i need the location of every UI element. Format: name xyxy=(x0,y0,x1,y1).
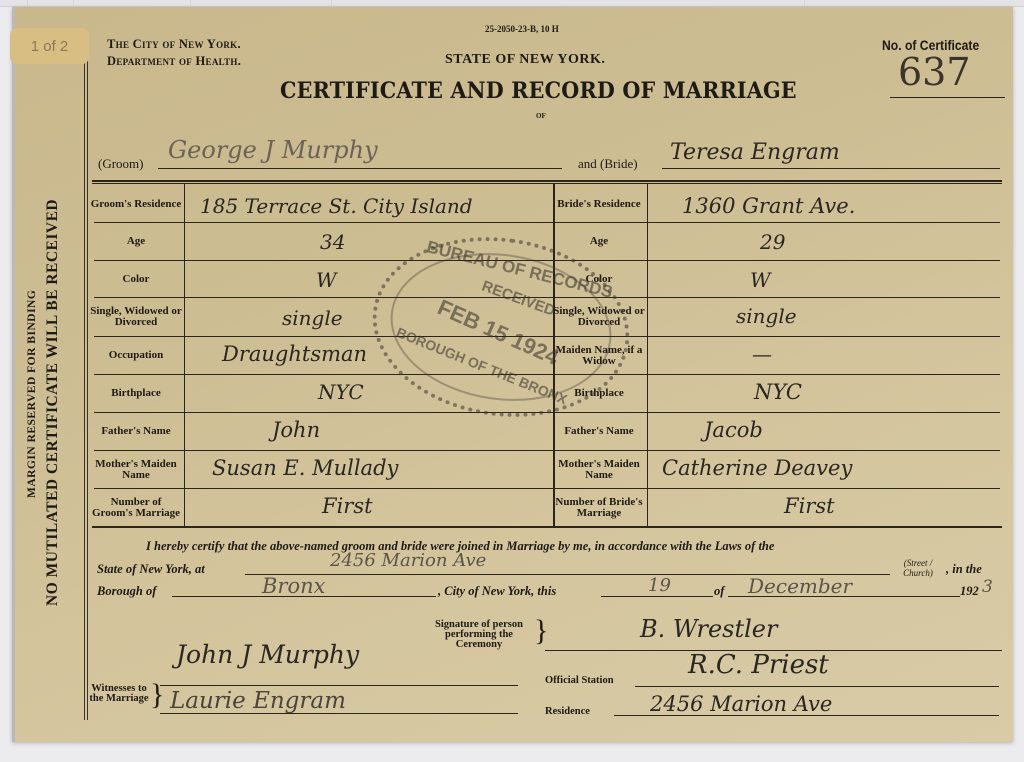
bride-father-label: Father's Name xyxy=(553,413,645,450)
bride-marriage-number-label: Number of Bride's Marriage xyxy=(553,489,645,526)
row-rule xyxy=(94,222,1000,223)
groom-color: W xyxy=(316,268,337,292)
bride-marital-status: single xyxy=(736,304,797,328)
street-church-label: (Street / Church) xyxy=(898,558,938,578)
official-station: R.C. Priest xyxy=(688,650,829,680)
groom-label-divider xyxy=(184,184,185,526)
groom-father-label: Father's Name xyxy=(90,413,182,450)
witness-2-line xyxy=(160,713,518,714)
groom-residence: 185 Terrace St. City Island xyxy=(200,194,473,218)
witness-1-signature: John J Murphy xyxy=(176,640,359,669)
bride-name-line xyxy=(662,168,1000,169)
groom-residence-label: Groom's Residence xyxy=(90,186,182,222)
groom-mother-label: Mother's Maiden Name xyxy=(90,451,182,488)
officiant-signature: B. Wrestler xyxy=(640,615,777,643)
ceremony-day: 19 xyxy=(648,575,671,596)
groom-occupation: Draughtsman xyxy=(222,342,367,366)
table-bottom-rule xyxy=(92,526,1002,528)
toolbar-segment xyxy=(74,0,191,7)
officiant-brace: } xyxy=(534,616,548,646)
title-of: OF xyxy=(536,112,546,120)
toolbar-segment xyxy=(332,0,805,7)
of-text: of xyxy=(714,584,724,599)
in-the-text: , in the xyxy=(946,562,982,577)
issuer: The City of New York. Department of Heal… xyxy=(107,36,241,70)
binding-note: MARGIN RESERVED FOR BINDING xyxy=(26,290,38,498)
row-rule xyxy=(94,450,1000,451)
ceremony-place: 2456 Marion Ave xyxy=(330,550,486,571)
groom-age: 34 xyxy=(320,230,345,254)
bride-marriage-number: First xyxy=(784,494,835,518)
bride-color: W xyxy=(750,268,771,292)
table-top-rule xyxy=(92,180,1002,182)
groom-marriage-number: First xyxy=(322,494,373,518)
groom-name-line xyxy=(158,168,562,169)
toolbar-segment xyxy=(0,0,28,7)
groom-marital-status: single xyxy=(282,306,343,330)
officiant-label: Signature of person performing the Cerem… xyxy=(424,620,534,650)
ceremony-month: December xyxy=(748,574,852,598)
groom-marriage-number-label: Number of Groom's Marriage xyxy=(90,489,182,526)
bride-mother-label: Mother's Maiden Name xyxy=(553,451,645,488)
document-title: CERTIFICATE AND RECORD OF MARRIAGE xyxy=(280,78,797,104)
groom-label: (Groom) xyxy=(98,156,144,172)
officiant-residence: 2456 Marion Ave xyxy=(650,692,832,716)
witness-2-signature: Laurie Engram xyxy=(170,688,346,714)
bride-residence: 1360 Grant Ave. xyxy=(682,194,855,218)
groom-mother: Susan E. Mullady xyxy=(212,456,398,480)
page-indicator: 1 of 2 xyxy=(10,28,89,64)
residence-label: Residence xyxy=(545,707,590,717)
groom-birthplace: NYC xyxy=(318,380,364,404)
bride-age: 29 xyxy=(760,230,785,254)
groom-age-label: Age xyxy=(90,223,182,260)
day-line xyxy=(601,596,713,597)
official-station-line xyxy=(635,686,999,687)
certificate-number: 637 xyxy=(898,50,971,94)
ceremony-borough: Bronx xyxy=(262,574,325,598)
row-rule xyxy=(94,488,1000,489)
bride-mother: Catherine Deavey xyxy=(662,456,852,480)
bride-label-divider xyxy=(647,184,648,526)
toolbar-segment xyxy=(28,0,74,7)
bride-name: Teresa Engram xyxy=(670,140,840,165)
bride-birthplace: NYC xyxy=(754,380,802,404)
bride-maiden-name: — xyxy=(752,342,772,366)
groom-name: George J Murphy xyxy=(168,136,378,164)
city-text: , City of New York, this xyxy=(438,584,556,599)
place-prefix: State of New York, at xyxy=(97,562,205,577)
year-prefix: 192 xyxy=(960,584,979,599)
binding-margin-rule xyxy=(84,60,88,720)
witness-1-line xyxy=(160,685,518,686)
groom-marital-status-label: Single, Widowed or Divorced xyxy=(90,298,182,336)
ceremony-year-digit: 3 xyxy=(982,577,993,597)
groom-birthplace-label: Birthplace xyxy=(90,375,182,412)
bride-father: Jacob xyxy=(704,418,763,442)
mutilated-note: NO MUTILATED CERTIFICATE WILL BE RECEIVE… xyxy=(44,199,62,606)
bride-label: and (Bride) xyxy=(578,156,638,172)
state-heading: STATE OF NEW YORK. xyxy=(445,52,605,68)
toolbar-segment xyxy=(191,0,332,7)
official-station-label: Official Station xyxy=(545,676,614,686)
borough-prefix: Borough of xyxy=(97,584,156,599)
groom-occupation-label: Occupation xyxy=(90,337,182,374)
form-code: 25-2050-23-B, 10 H xyxy=(485,24,559,34)
witnesses-label: Witnesses to the Marriage xyxy=(88,684,150,704)
bride-residence-label: Bride's Residence xyxy=(553,186,645,222)
table-top-rule-2 xyxy=(92,183,1002,184)
certificate-number-underline xyxy=(890,97,1005,98)
issuer-city: The City of New York. xyxy=(107,36,241,53)
groom-father: John xyxy=(272,418,320,442)
viewer-toolbar xyxy=(0,0,1024,7)
issuer-department: Department of Health. xyxy=(107,53,241,70)
groom-color-label: Color xyxy=(90,261,182,297)
